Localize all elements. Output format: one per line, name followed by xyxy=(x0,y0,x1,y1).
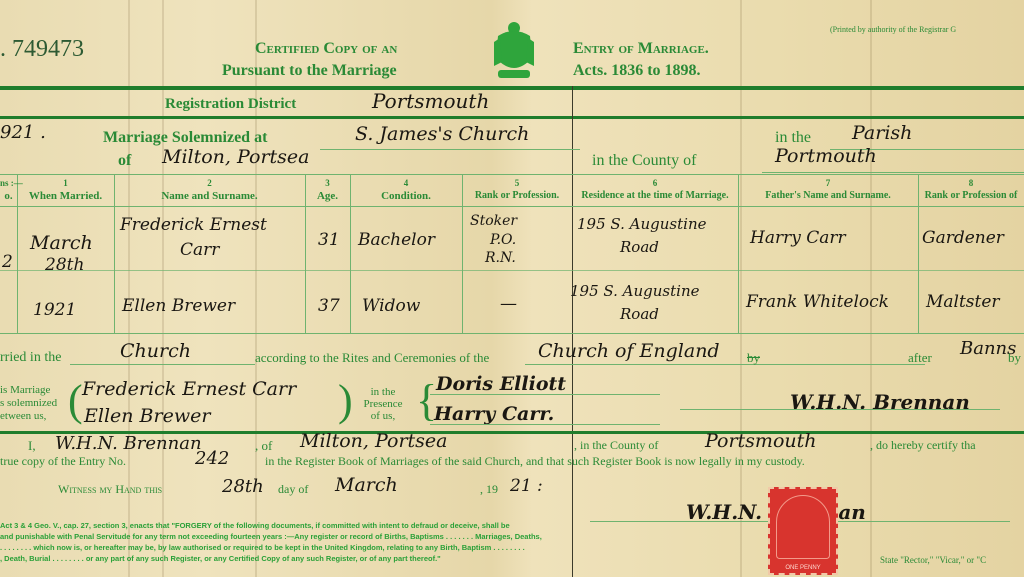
rule xyxy=(0,116,1024,119)
entry-number: 2 xyxy=(2,252,13,272)
by-label: by xyxy=(747,350,760,366)
fill-line xyxy=(762,172,1024,173)
col-num: 3 xyxy=(305,178,350,188)
rites-value: Church of England xyxy=(538,340,720,362)
after-label: after xyxy=(908,350,932,366)
serial-number: . 749473 xyxy=(0,36,84,63)
postage-stamp-icon: ONE PENNY xyxy=(768,487,838,575)
of-label: of xyxy=(118,152,131,170)
legal-notice: Act 3 & 4 Geo. V., cap. 27, section 3, e… xyxy=(0,520,542,564)
cert-entry-value: 242 xyxy=(195,448,229,469)
title-left-line1: Certified Copy of an xyxy=(255,40,397,58)
table-rule xyxy=(0,333,1024,334)
groom-signature: Frederick Ernest Carr xyxy=(82,378,296,400)
groom-age: 31 xyxy=(318,230,340,250)
left-brace: ( xyxy=(68,376,83,426)
bride-father-profession: Maltster xyxy=(926,292,1000,312)
groom-profession-2: P.O. xyxy=(490,232,516,248)
groom-profession-1: Stoker xyxy=(470,213,517,229)
fill-line xyxy=(680,409,1000,410)
married-day: 28th xyxy=(45,255,84,275)
rites-label: according to the Rites and Ceremonies of… xyxy=(255,350,489,366)
solemnized-label: Marriage Solemnized at xyxy=(103,129,267,147)
cert-register-label: in the Register Book of Marriages of the… xyxy=(265,454,805,469)
fill-line xyxy=(430,424,660,425)
col-num: 8 xyxy=(918,178,1024,188)
married-year: 1921 xyxy=(33,300,76,320)
col-header-name: Name and Surname. xyxy=(114,190,305,202)
col-header-profession: Rank or Profession. xyxy=(462,190,572,201)
col-num: 2 xyxy=(114,178,305,188)
between-label-3: etween us, xyxy=(0,410,57,423)
cert-of-value: Milton, Portsea xyxy=(300,430,448,452)
of-value: Milton, Portsea xyxy=(162,146,310,168)
legal-line-4: , Death, Burial . . . . . . . . or any p… xyxy=(0,553,542,564)
bride-residence-2: Road xyxy=(620,305,659,323)
presence-label-2: Presence xyxy=(358,398,408,410)
table-rule xyxy=(0,174,1024,175)
witness-1: Doris Elliott xyxy=(436,373,566,395)
cert-year-label: , 19 xyxy=(480,482,498,497)
married-in-value: Church xyxy=(120,340,191,362)
solemnized-place: S. James's Church xyxy=(355,123,529,145)
cert-county-label: , in the County of xyxy=(574,438,658,453)
col-header-father-profession: Rank or Profession of xyxy=(918,190,1024,201)
bride-father: Frank Whitelock xyxy=(746,292,889,312)
legal-line-2: and punishable with Penal Servitude for … xyxy=(0,531,542,542)
fill-line xyxy=(525,364,925,365)
officiant-signature: W.H.N. Brennan xyxy=(790,390,970,414)
col-header-when-married: When Married. xyxy=(17,190,114,202)
registration-district-label: Registration District xyxy=(165,96,296,113)
bride-name: Ellen Brewer xyxy=(122,296,235,316)
registration-district-value: Portsmouth xyxy=(372,89,489,113)
cert-day-label: day of xyxy=(278,482,308,497)
column-divider xyxy=(572,86,573,577)
cert-county-value: Portsmouth xyxy=(705,430,817,452)
bride-condition: Widow xyxy=(362,296,420,316)
county-value: Portmouth xyxy=(775,145,877,167)
groom-father: Harry Carr xyxy=(750,228,846,248)
by-label-2: by xyxy=(1008,350,1021,366)
between-label: is Marriage s solemnized etween us, xyxy=(0,384,57,423)
table-rule xyxy=(0,270,1024,271)
groom-residence-1: 195 S. Augustine xyxy=(577,215,707,233)
cert-year-value: 21 : xyxy=(510,476,543,496)
presence-label: in the Presence of us, xyxy=(358,386,408,422)
year-prefix: 921 . xyxy=(0,122,46,143)
legal-line-1: Act 3 & 4 Geo. V., cap. 27, section 3, e… xyxy=(0,520,542,531)
groom-profession-3: R.N. xyxy=(485,250,516,266)
royal-crest-icon xyxy=(490,18,538,84)
cert-witness-label: Witness my Hand this xyxy=(58,482,162,497)
groom-name-line1: Frederick Ernest xyxy=(120,215,267,235)
presence-label-3: of us, xyxy=(358,410,408,422)
col-header-condition: Condition. xyxy=(350,190,462,202)
col-num: 5 xyxy=(462,178,572,188)
cert-entry-label: true copy of the Entry No. xyxy=(0,454,126,469)
presence-label-1: in the xyxy=(358,386,408,398)
title-right-line1: Entry of Marriage. xyxy=(573,40,709,58)
fill-line xyxy=(320,149,580,150)
married-month: March xyxy=(30,232,93,254)
groom-residence-2: Road xyxy=(620,238,659,256)
cert-i-label: I, xyxy=(28,438,36,454)
col-num: 1 xyxy=(17,178,114,188)
rule xyxy=(0,86,1024,90)
printed-by-note: (Printed by authority of the Registrar G xyxy=(830,25,956,34)
col-num: 6 xyxy=(572,178,738,188)
groom-name-line2: Carr xyxy=(180,240,219,260)
title-right-line2: Acts. 1836 to 1898. xyxy=(573,62,701,80)
right-brace: ) xyxy=(338,376,353,426)
bride-profession: — xyxy=(500,294,517,314)
groom-father-profession: Gardener xyxy=(922,228,1004,248)
cert-day-value: 28th xyxy=(222,476,264,497)
bride-signature: Ellen Brewer xyxy=(84,405,210,427)
county-label: in the County of xyxy=(592,152,696,170)
cert-certify-label: , do hereby certify tha xyxy=(870,438,976,453)
bride-residence-1: 195 S. Augustine xyxy=(570,282,700,300)
groom-condition: Bachelor xyxy=(358,230,435,250)
col-header-age: Age. xyxy=(305,190,350,202)
col-header-no: o. xyxy=(0,190,17,202)
cert-name: W.H.N. Brennan xyxy=(55,433,202,454)
col-header-father: Father's Name and Surname. xyxy=(738,190,918,201)
fill-line xyxy=(430,394,660,395)
between-label-2: s solemnized xyxy=(0,397,57,410)
col-header-residence: Residence at the time of Marriage. xyxy=(572,190,738,201)
bride-age: 37 xyxy=(318,296,340,316)
state-label: State "Rector," "Vicar," or "C xyxy=(880,555,986,565)
cert-of-label: , of xyxy=(255,438,272,454)
king-portrait-icon xyxy=(776,495,830,559)
cert-month-value: March xyxy=(335,474,398,496)
between-label-1: is Marriage xyxy=(0,384,57,397)
col-num: 4 xyxy=(350,178,462,188)
legal-line-3: . . . . . . . . which now is, or hereaft… xyxy=(0,542,542,553)
table-rule xyxy=(0,206,1024,207)
witness-2: Harry Carr. xyxy=(434,403,554,425)
stamp-label: ONE PENNY xyxy=(770,565,836,571)
in-the-value: Parish xyxy=(852,122,912,144)
col-num: 7 xyxy=(738,178,918,188)
title-left-line2: Pursuant to the Marriage xyxy=(222,62,397,80)
married-in-label: rried in the xyxy=(0,350,61,366)
fill-line xyxy=(70,364,255,365)
